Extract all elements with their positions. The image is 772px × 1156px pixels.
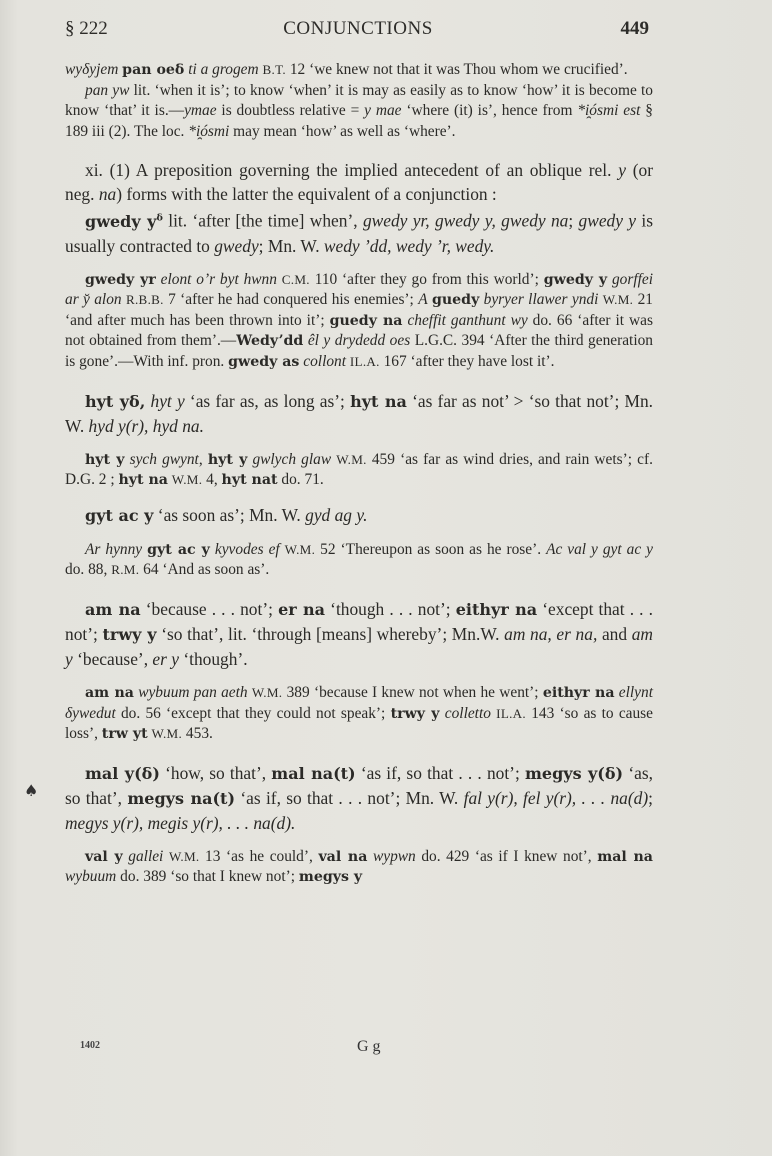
headword: gwedy y: [544, 272, 607, 288]
welsh-italic: wybuum pan aeth: [138, 684, 247, 701]
body-text: ‘where (it) is’, hence from: [406, 102, 572, 119]
running-header: § 222 CONJUNCTIONS 449: [65, 18, 651, 42]
body-text: ; Mn. W.: [259, 236, 320, 256]
reconstructed-form: *i̯ósmi: [188, 123, 229, 140]
paragraph-mal-examples: val y gallei W.M. 13 ‘as he could’, val …: [65, 847, 653, 888]
body-text: ‘as if, so that . . . not’; Mn. W.: [240, 788, 458, 808]
gloss-text: 167 ‘after they have lost it’.: [384, 353, 555, 370]
welsh-italic: wybuum: [65, 868, 116, 885]
body-text: lit. ‘after [the time] when’,: [168, 211, 357, 231]
headword: Wedy’dd: [236, 333, 303, 349]
headword: am na: [85, 600, 141, 619]
headword: eithyr na: [456, 600, 537, 619]
source-ref: W.M.: [603, 292, 634, 307]
gathering-mark: G g: [357, 1038, 381, 1056]
headword: megys y: [299, 869, 362, 885]
headword: trw yt: [102, 726, 148, 742]
gloss-text: 64 ‘And as soon as’.: [143, 561, 269, 578]
body-text: ‘though’.: [183, 649, 247, 669]
welsh-italic: ymae: [184, 102, 216, 119]
body-text: ‘so that’, lit. ‘through [means] whereby…: [161, 624, 499, 644]
paragraph-gwedy: gwedy yδ lit. ‘after [the time] when’, g…: [65, 206, 653, 257]
headword: gwedy as: [228, 354, 299, 370]
welsh-italic: er y: [152, 649, 179, 669]
welsh-italic: A: [418, 291, 427, 308]
gloss-text: 13 ‘as he could’,: [205, 848, 313, 865]
welsh-italic: fal y(r), fel y(r), . . . na(d): [464, 788, 649, 808]
welsh-italic: sych gwynt: [130, 451, 199, 468]
body-text: ‘how, so that’,: [165, 763, 266, 783]
welsh-italic: y: [618, 160, 626, 180]
body-text: ‘though . . . not’;: [330, 599, 450, 619]
welsh-italic: pan yw: [85, 82, 129, 99]
headword: hyt yδ,: [85, 392, 145, 411]
headword: mal na: [597, 849, 653, 865]
source-ref: C.M.: [282, 272, 310, 287]
welsh-italic: am na, er na,: [504, 624, 597, 644]
paragraph-2: pan yw lit. ‘when it is’; to know ‘when’…: [65, 81, 653, 143]
body-text: 453.: [186, 725, 213, 742]
source-ref: W.M.: [336, 452, 367, 467]
body-text: ‘as soon as’; Mn. W.: [158, 505, 301, 525]
paragraph-am-na-examples: am na wybuum pan aeth W.M. 389 ‘because …: [65, 683, 653, 745]
body-text: ‘because’,: [77, 649, 148, 669]
welsh-italic: wedy ’dd, wedy ’r, wedy.: [324, 236, 494, 256]
gloss-text: do. 389 ‘so that I knew not’;: [120, 868, 295, 885]
source-ref: W.M.: [152, 726, 183, 741]
page-footer: 1402 G g: [80, 1040, 680, 1062]
body-text: is doubtless relative =: [221, 102, 359, 119]
source-ref: IL.A.: [496, 706, 526, 721]
gloss-text: 52 ‘Thereupon as soon as he rose’.: [320, 541, 541, 558]
headword: hyt na: [118, 472, 167, 488]
paragraph-gwedy-examples: gwedy yr elont o’r byt hwnn C.M. 110 ‘af…: [65, 270, 653, 373]
source-ref: IL.A.: [350, 354, 380, 369]
headword: megys y(δ): [525, 764, 623, 783]
welsh-italic: gyd ag y.: [305, 505, 367, 525]
headword: hyt y: [85, 452, 124, 468]
body-text: may mean ‘how’ as well as ‘where’.: [233, 123, 455, 140]
headword: gwedy yr: [85, 272, 156, 288]
gloss-text: 7 ‘after he had conquered his enemies’;: [168, 291, 414, 308]
welsh-italic: wypwn: [373, 848, 416, 865]
margin-mark-icon: ♠: [24, 781, 38, 800]
scanned-book-page: § 222 CONJUNCTIONS 449 wyδyjem pan oeδ t…: [0, 0, 772, 1156]
body-text: ‘as far as, as long as’;: [190, 391, 345, 411]
welsh-italic: byryer llawer yndi: [484, 291, 599, 308]
headword: val y: [85, 849, 123, 865]
paragraph-gyt-examples: Ar hynny gyt ac y kyvodes ef W.M. 52 ‘Th…: [65, 540, 653, 581]
headword: mal y(δ): [85, 764, 160, 783]
headword: am na: [85, 685, 134, 701]
body-text: ‘because . . . not’;: [146, 599, 273, 619]
source-ref: B.T.: [262, 62, 285, 77]
paragraph-am-na: am na ‘because . . . not’; er na ‘though…: [65, 597, 653, 671]
source-ref: W.M.: [285, 542, 316, 557]
body-text: xi. (1) A preposition governing the impl…: [85, 160, 611, 180]
headword: hyt nat: [222, 472, 278, 488]
source-ref: W.M.: [252, 685, 283, 700]
welsh-italic: Ar hynny: [85, 541, 142, 558]
paragraph-xi-1: xi. (1) A preposition governing the impl…: [65, 158, 653, 206]
welsh-italic: collont: [303, 353, 346, 370]
source-ref: R.B.B.: [126, 292, 164, 307]
punct: ;: [568, 211, 573, 231]
paragraph-mal: mal y(δ) ‘how, so that’, mal na(t) ‘as i…: [65, 761, 653, 835]
headword: gwedy yδ: [85, 212, 163, 231]
source-ref: R.M.: [111, 562, 139, 577]
welsh-italic: Ac val y gyt ac y: [546, 541, 653, 558]
punct: ,: [199, 451, 203, 468]
printer-signature: 1402: [80, 1040, 100, 1051]
welsh-italic: megys y(r), megis y(r), . . . na(d).: [65, 813, 295, 833]
body-text: 4,: [206, 471, 218, 488]
headword: er na: [278, 600, 325, 619]
paragraph-hyt-examples: hyt y sych gwynt, hyt y gwlych glaw W.M.…: [65, 450, 653, 491]
welsh-italic: kyvodes ef: [215, 541, 280, 558]
welsh-italic: hyt y: [151, 391, 185, 411]
gloss-text: 389 ‘because I knew not when he went’;: [287, 684, 539, 701]
welsh-italic: colletto: [445, 705, 491, 722]
gloss-text: 110 ‘after they go from this world’;: [315, 271, 539, 288]
welsh-italic: gallei: [128, 848, 163, 865]
body-text: and: [602, 624, 627, 644]
reconstructed-form: *i̯ósmi est: [577, 102, 640, 119]
welsh-italic: y mae: [364, 102, 401, 119]
source-ref: W.M.: [169, 849, 200, 864]
body-text: do. 88,: [65, 561, 107, 578]
welsh-italic: ti a grogem: [188, 61, 258, 78]
welsh-italic: gwlych glaw: [252, 451, 331, 468]
headword: mal na(t): [271, 764, 355, 783]
welsh-italic: elont o’r byt hwnn: [161, 271, 277, 288]
headword: hyt na: [350, 392, 407, 411]
welsh-italic: na: [99, 184, 116, 204]
welsh-italic: hyd y(r), hyd na.: [89, 416, 204, 436]
headword: trwy y: [103, 625, 157, 644]
welsh-italic: gwedy yr, gwedy y, gwedy na: [363, 211, 568, 231]
body-text: do. 71.: [281, 471, 323, 488]
gloss-text: do. 429 ‘as if I knew not’,: [421, 848, 591, 865]
source-ref: W.M.: [172, 472, 203, 487]
headword: megys na(t): [127, 789, 235, 808]
headword: eithyr na: [543, 685, 615, 701]
welsh-italic: wyδyjem: [65, 61, 118, 78]
gloss-text: do. 56 ‘except that they could not speak…: [121, 705, 385, 722]
welsh-italic: gwedy: [214, 236, 258, 256]
welsh-italic: cheffit ganthunt wy: [407, 312, 527, 329]
headword: hyt y: [208, 452, 247, 468]
headword: pan oeδ: [122, 62, 184, 78]
gloss-text: 12 ‘we knew not that it was Thou whom we…: [290, 61, 628, 78]
headword: gyt ac y: [85, 506, 153, 525]
page-body: wyδyjem pan oeδ ti a grogem B.T. 12 ‘we …: [65, 60, 653, 888]
paragraph-gyt: gyt ac y ‘as soon as’; Mn. W. gyd ag y.: [65, 503, 653, 528]
headword: guedy: [432, 292, 479, 308]
headword: trwy y: [391, 706, 440, 722]
body-text: ‘as if, so that . . . not’;: [361, 763, 520, 783]
punct: ;: [648, 788, 653, 808]
page-title: CONJUNCTIONS: [65, 18, 651, 40]
headword: val na: [318, 849, 367, 865]
headword: guedy na: [330, 313, 403, 329]
welsh-italic: gwedy y: [579, 211, 636, 231]
paragraph-hyt: hyt yδ, hyt y ‘as far as, as long as’; h…: [65, 389, 653, 438]
headword: gyt ac y: [147, 542, 210, 558]
body-text: ) forms with the latter the equivalent o…: [116, 184, 497, 204]
welsh-italic: êl y drydedd oes: [308, 332, 410, 349]
paragraph-1: wyδyjem pan oeδ ti a grogem B.T. 12 ‘we …: [65, 60, 653, 81]
page-number: 449: [621, 18, 650, 40]
